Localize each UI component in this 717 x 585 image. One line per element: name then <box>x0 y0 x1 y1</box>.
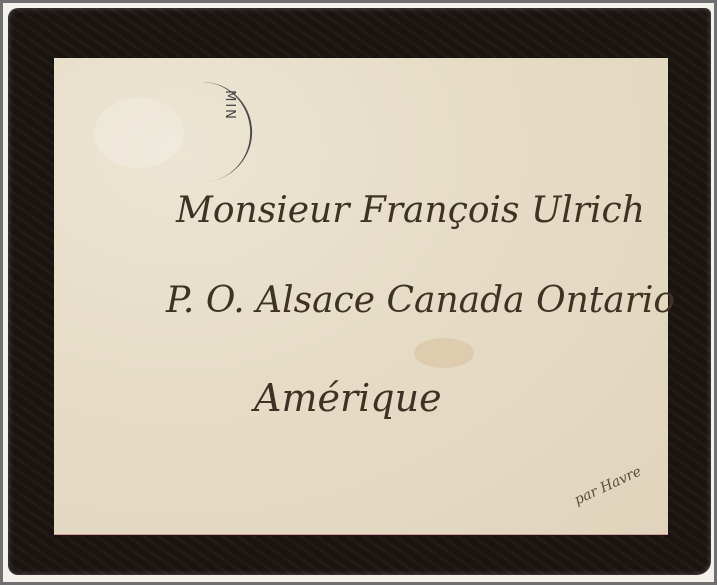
postmark-text: MIN <box>222 90 237 121</box>
mourning-envelope-border: MIN Monsieur François Ulrich P. O. Alsac… <box>8 8 711 575</box>
address-line-2: P. O. Alsace Canada Ontario <box>166 280 675 321</box>
water-stain <box>414 338 474 368</box>
photo-mount: MIN Monsieur François Ulrich P. O. Alsac… <box>3 3 714 582</box>
address-line-3: Amérique <box>254 376 442 420</box>
postmark-circle <box>173 75 258 184</box>
light-patch <box>94 98 184 168</box>
address-line-1: Monsieur François Ulrich <box>176 190 645 231</box>
envelope-paper: MIN Monsieur François Ulrich P. O. Alsac… <box>54 58 668 535</box>
corner-note: par Havre <box>572 464 644 509</box>
